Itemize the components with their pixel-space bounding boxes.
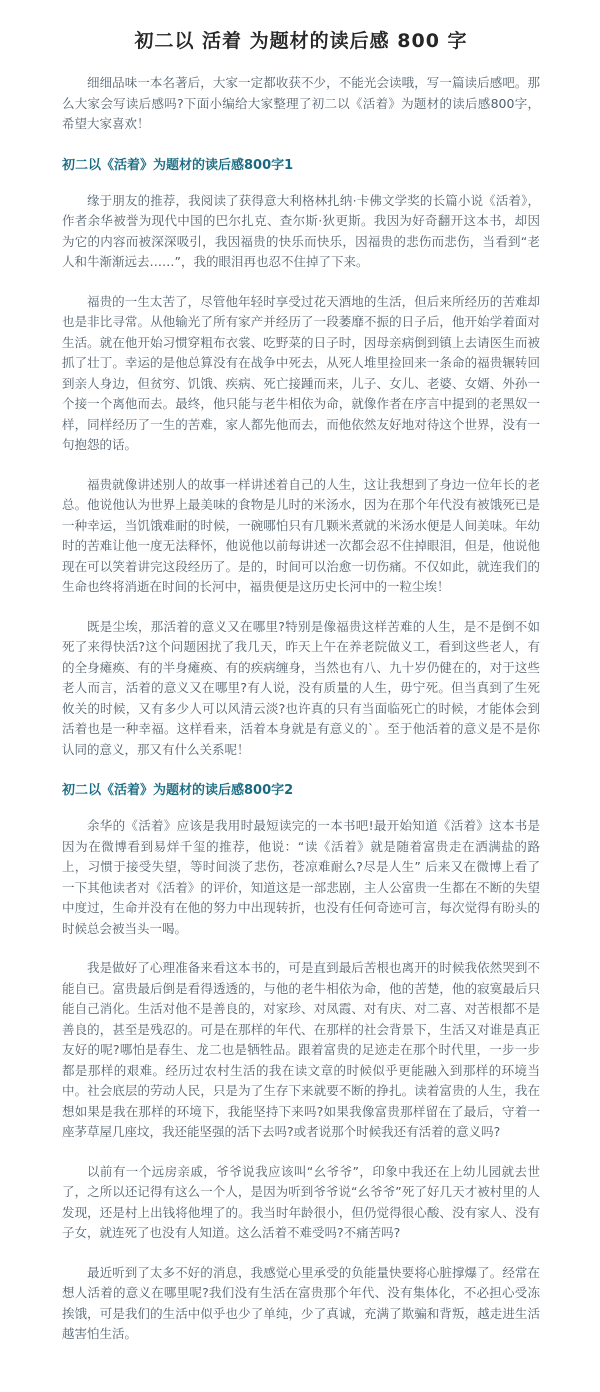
document-page: 初二以 活着 为题材的读后感 800 字 细细品味一本名著后，大家一定都收获不少…: [0, 0, 600, 1392]
section-2-paragraph: 最近听到了太多不好的消息，我感觉心里承受的负能量快要将心脏撑爆了。经常在想人活着…: [62, 1263, 540, 1345]
section-2-paragraph: 余华的《活着》应该是我用时最短读完的一本书吧!最开始知道《活着》这本书是因为在微…: [62, 816, 540, 939]
section-1-paragraph: 福贵的一生太苦了，尽管他年轻时享受过花天酒地的生活，但后来所经历的苦难却也是非比…: [62, 292, 540, 456]
section-1-paragraph: 福贵就像讲述别人的故事一样讲述着自己的人生，这让我想到了身边一位年长的老总。他说…: [62, 475, 540, 598]
section-2-paragraph: 以前有一个远房亲戚，爷爷说我应该叫“幺爷爷”，印象中我还在上幼儿园就去世了，之所…: [62, 1162, 540, 1244]
section-1-paragraph: 缘于朋友的推荐，我阅读了获得意大利格林扎纳·卡佛文学奖的长篇小说《活着》，作者余…: [62, 191, 540, 273]
section-1-heading: 初二以《活着》为题材的读后感800字1: [62, 154, 540, 173]
intro-paragraph: 细细品味一本名著后，大家一定都收获不少，不能光会读哦，写一篇读后感吧。那么大家会…: [62, 73, 540, 135]
section-2-heading: 初二以《活着》为题材的读后感800字2: [62, 779, 540, 798]
section-1-paragraph: 既是尘埃，那活着的意义又在哪里?特别是像福贵这样苦难的人生，是不是倒不如死了来得…: [62, 617, 540, 761]
section-2-paragraph: 我是做好了心理准备来看这本书的，可是直到最后苦根也离开的时候我依然哭到不能自已。…: [62, 958, 540, 1143]
page-title: 初二以 活着 为题材的读后感 800 字: [62, 26, 540, 53]
